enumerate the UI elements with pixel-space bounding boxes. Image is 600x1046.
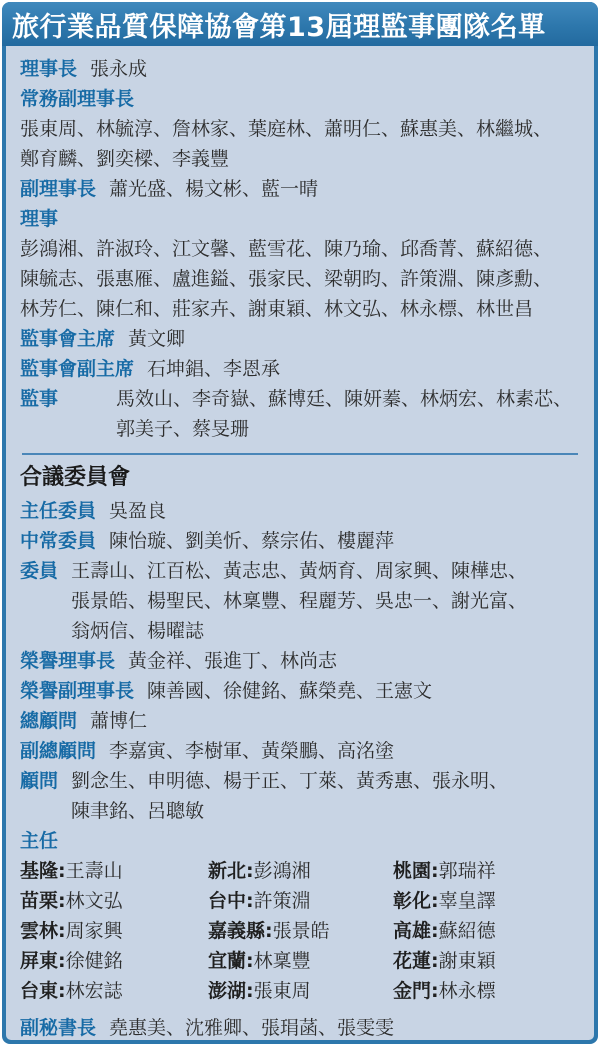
role-names: 馬效山、李奇嶽、蘇博廷、陳妍蓁、林炳宏、林素芯、郭美子、蔡旻珊	[116, 384, 580, 444]
colon: :	[246, 950, 254, 972]
colon: :	[431, 980, 439, 1002]
region-cell-penghu: 澎湖:張東周	[208, 976, 393, 1006]
region-name: 嘉義縣	[208, 920, 265, 942]
entry-standing-vice-chairmen: 常務副理事長 張東周、林毓淳、詹林家、葉庭林、蕭明仁、蘇惠美、林繼城、鄭育麟、劉…	[20, 84, 580, 174]
region-cell-kinmen: 金門:林永標	[393, 976, 580, 1006]
entry-regional-directors: 主任	[20, 826, 580, 856]
colon: :	[58, 980, 66, 1002]
colon: :	[265, 920, 273, 942]
role-names: 堯惠美、沈雅卿、張琄菡、張雯雯	[109, 1013, 580, 1040]
role-label: 監事	[20, 384, 116, 444]
colon: :	[431, 890, 439, 912]
role-names: 蕭博仁	[90, 706, 580, 736]
region-name: 雲林	[20, 920, 58, 942]
director-name: 王壽山	[66, 860, 123, 882]
roster-card: 旅行業品質保障協會第13屆理監事團隊名單 理事長 張永成 常務副理事長 張東周、…	[2, 2, 598, 1044]
director-name: 彭鴻湘	[254, 860, 311, 882]
entry-advisors: 顧問 劉念生、申明德、楊于正、丁萊、黃秀惠、張永明、陳聿銘、呂聰敏	[20, 766, 580, 826]
region-name: 花蓮	[393, 950, 431, 972]
entry-supervisory-vice-chairmen: 監事會副主席 石坤錩、李恩承	[20, 354, 580, 384]
region-name: 宜蘭	[208, 950, 246, 972]
director-name: 林文弘	[66, 890, 123, 912]
region-cell-kaohsiung: 高雄:蘇紹德	[393, 916, 580, 946]
director-name: 張東周	[254, 980, 311, 1002]
role-label: 理事長	[20, 54, 77, 84]
region-cell-newtaipei: 新北:彭鴻湘	[208, 856, 393, 886]
role-names: 吳盈良	[109, 496, 580, 526]
role-label: 榮譽理事長	[20, 646, 115, 676]
entry-vice-chairmen: 副理事長 蕭光盛、楊文彬、藍一晴	[20, 174, 580, 204]
director-name: 林宏誌	[66, 980, 123, 1002]
director-name: 許策淵	[254, 890, 311, 912]
region-name: 苗栗	[20, 890, 58, 912]
role-label: 常務副理事長	[20, 84, 567, 114]
director-name: 辜皇譯	[439, 890, 496, 912]
region-name: 台東	[20, 980, 58, 1002]
region-name: 基隆	[20, 860, 58, 882]
region-cell-keelung: 基隆:王壽山	[20, 856, 208, 886]
role-label: 監事會主席	[20, 324, 115, 354]
entry-directors: 理事 彭鴻湘、許淑玲、江文馨、藍雪花、陳乃瑜、邱喬菁、蘇紹德、陳毓志、張惠雁、盧…	[20, 204, 580, 324]
region-name: 金門	[393, 980, 431, 1002]
role-names: 黃金祥、張進丁、林尚志	[128, 646, 580, 676]
colon: :	[58, 860, 66, 882]
entry-honorary-chairmen: 榮譽理事長 黃金祥、張進丁、林尚志	[20, 646, 580, 676]
role-label: 監事會副主席	[20, 354, 134, 384]
entry-honorary-vice-chairmen: 榮譽副理事長 陳善國、徐健銘、蘇榮堯、王憲文	[20, 676, 580, 706]
role-label: 副總顧問	[20, 736, 96, 766]
entry-chief-advisor: 總顧問 蕭博仁	[20, 706, 580, 736]
title-bar: 旅行業品質保障協會第13屆理監事團隊名單	[2, 2, 598, 46]
entry-chief-committee-member: 主任委員 吳盈良	[20, 496, 580, 526]
colon: :	[431, 950, 439, 972]
role-label: 理事	[20, 204, 567, 234]
colon: :	[246, 890, 254, 912]
role-label: 副理事長	[20, 174, 96, 204]
director-name: 張景皓	[273, 920, 330, 942]
region-name: 台中	[208, 890, 246, 912]
region-cell-yilan: 宜蘭:林稟豐	[208, 946, 393, 976]
region-name: 澎湖	[208, 980, 246, 1002]
role-names: 陳怡璇、劉美忻、蔡宗佑、樓麗萍	[109, 526, 580, 556]
committee-heading: 合議委員會	[20, 462, 580, 494]
director-name: 林永標	[439, 980, 496, 1002]
director-name: 謝東穎	[439, 950, 496, 972]
section-divider	[22, 453, 578, 455]
role-names: 李嘉寅、李樹軍、黃榮鵬、高洺塗	[109, 736, 580, 766]
page-title: 旅行業品質保障協會第13屆理監事團隊名單	[12, 5, 546, 44]
region-cell-pingtung: 屏東:徐健銘	[20, 946, 208, 976]
region-cell-taoyuan: 桃園:郭瑞祥	[393, 856, 580, 886]
role-label: 中常委員	[20, 526, 96, 556]
region-name: 彰化	[393, 890, 431, 912]
colon: :	[246, 860, 254, 882]
role-names: 蕭光盛、楊文彬、藍一晴	[109, 174, 580, 204]
entry-supervisory-chairman: 監事會主席 黃文卿	[20, 324, 580, 354]
colon: :	[58, 950, 66, 972]
role-label: 主任	[20, 826, 567, 856]
role-names: 彭鴻湘、許淑玲、江文馨、藍雪花、陳乃瑜、邱喬菁、蘇紹德、陳毓志、張惠雁、盧進鎰、…	[20, 234, 580, 324]
region-cell-yunlin: 雲林:周家興	[20, 916, 208, 946]
role-label: 主任委員	[20, 496, 96, 526]
colon: :	[58, 920, 66, 942]
entry-chairman: 理事長 張永成	[20, 54, 580, 84]
role-names: 張永成	[90, 54, 580, 84]
colon: :	[246, 980, 254, 1002]
role-label: 委員	[20, 556, 58, 646]
role-names: 張東周、林毓淳、詹林家、葉庭林、蕭明仁、蘇惠美、林繼城、鄭育麟、劉奕樑、李義豐	[20, 114, 580, 174]
region-cell-taichung: 台中:許策淵	[208, 886, 393, 916]
regional-directors-table: 基隆:王壽山 新北:彭鴻湘 桃園:郭瑞祥 苗栗:林文弘 台中:許策淵 彰化:辜皇…	[20, 856, 580, 1006]
director-name: 郭瑞祥	[439, 860, 496, 882]
entry-deputy-chief-advisors: 副總顧問 李嘉寅、李樹軍、黃榮鵬、高洺塗	[20, 736, 580, 766]
region-name: 新北	[208, 860, 246, 882]
region-cell-hualien: 花蓮:謝東穎	[393, 946, 580, 976]
colon: :	[431, 860, 439, 882]
director-name: 周家興	[66, 920, 123, 942]
role-names: 王壽山、江百松、黃志忠、黃炳育、周家興、陳樺忠、張景皓、楊聖民、林稟豐、程麗芳、…	[71, 556, 580, 646]
entry-committee-members: 委員 王壽山、江百松、黃志忠、黃炳育、周家興、陳樺忠、張景皓、楊聖民、林稟豐、程…	[20, 556, 580, 646]
director-name: 蘇紹德	[439, 920, 496, 942]
director-name: 徐健銘	[66, 950, 123, 972]
colon: :	[431, 920, 439, 942]
role-names: 黃文卿	[128, 324, 580, 354]
colon: :	[58, 890, 66, 912]
region-name: 桃園	[393, 860, 431, 882]
roster-panel: 理事長 張永成 常務副理事長 張東周、林毓淳、詹林家、葉庭林、蕭明仁、蘇惠美、林…	[6, 46, 594, 1040]
director-name: 林稟豐	[254, 950, 311, 972]
role-label: 榮譽副理事長	[20, 676, 134, 706]
role-label: 顧問	[20, 766, 58, 826]
role-label: 副秘書長	[20, 1013, 96, 1040]
entry-standing-committee-members: 中常委員 陳怡璇、劉美忻、蔡宗佑、樓麗萍	[20, 526, 580, 556]
role-label: 總顧問	[20, 706, 77, 736]
region-cell-taitung: 台東:林宏誌	[20, 976, 208, 1006]
role-names: 陳善國、徐健銘、蘇榮堯、王憲文	[147, 676, 580, 706]
role-names: 石坤錩、李恩承	[147, 354, 580, 384]
role-names: 劉念生、申明德、楊于正、丁萊、黃秀惠、張永明、陳聿銘、呂聰敏	[71, 766, 580, 826]
region-cell-changhua: 彰化:辜皇譯	[393, 886, 580, 916]
region-cell-chiayi-county: 嘉義縣:張景皓	[208, 916, 393, 946]
region-name: 高雄	[393, 920, 431, 942]
entry-supervisors: 監事 馬效山、李奇嶽、蘇博廷、陳妍蓁、林炳宏、林素芯、郭美子、蔡旻珊	[20, 384, 580, 444]
region-name: 屏東	[20, 950, 58, 972]
region-cell-miaoli: 苗栗:林文弘	[20, 886, 208, 916]
entry-deputy-secretary-general: 副秘書長 堯惠美、沈雅卿、張琄菡、張雯雯	[20, 1013, 580, 1040]
